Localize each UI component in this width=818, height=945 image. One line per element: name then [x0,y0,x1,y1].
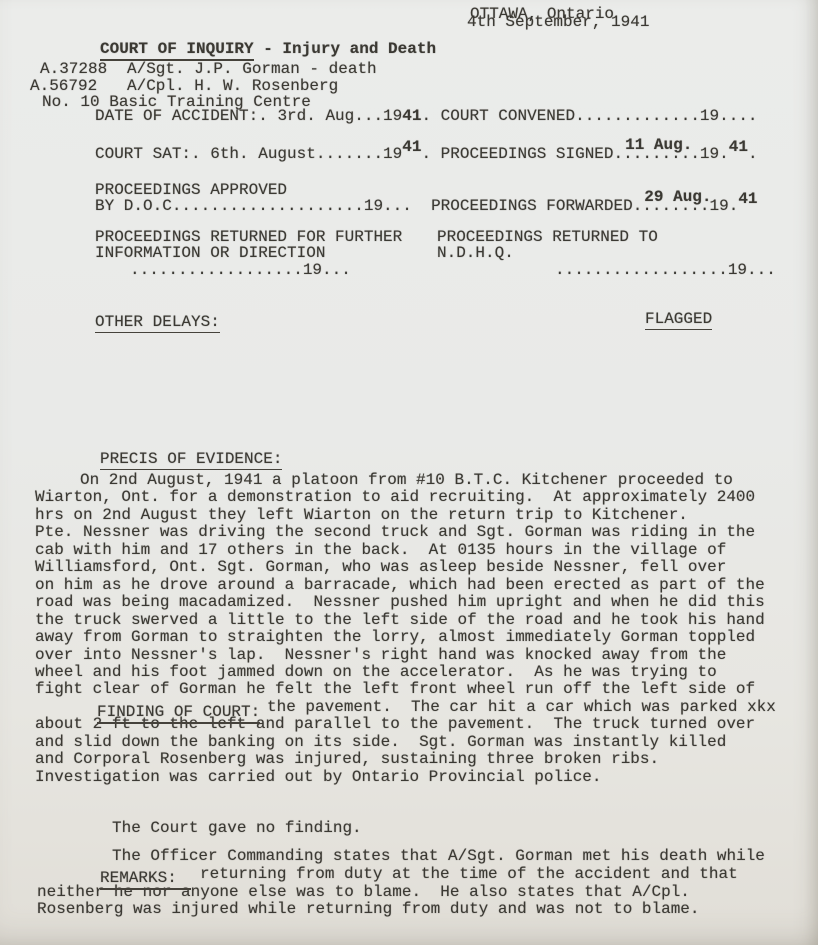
accident-label: DATE OF ACCIDENT:. [95,107,277,125]
forwarded-date-value: 29 Aug. [644,188,711,207]
precis-heading: PRECIS OF EVIDENCE: [100,450,282,469]
form-row-approved: BY D.O.C....................19... PROCEE… [95,197,758,216]
text-line: The Officer Commanding states that A/Sgt… [112,848,765,866]
accident-date-value: 3rd. Aug [277,107,354,125]
inquiry-title-row: COURT OF INQUIRY - Injury and Death [100,40,436,59]
approved-by-doc-label: BY D.O.C....................19... [95,197,431,215]
court-finding-block: The Court gave no finding. [37,820,362,838]
text-line: road was being macadamized. Nessner push… [35,594,776,611]
accident-dots: ...19 [354,107,402,125]
accident-year-value: 41 [402,107,421,125]
remarks-heading: REMARKS: [100,869,191,890]
text-line: The Court gave no finding. [112,820,362,838]
text-line: Rosenberg was injured while returning fr… [37,901,765,919]
text-line: cab with him and 17 others in the back. … [35,542,776,559]
court-sat-date-value: 6th. August [210,145,316,163]
text-line: returning from duty at the time of the a… [200,866,765,884]
signed-label: . PROCEEDINGS SIGNED. [421,145,623,163]
form-row-accident: DATE OF ACCIDENT:. 3rd. Aug...1941. COUR… [95,107,758,126]
signed-date-group: .......11 Aug. [623,145,690,164]
inquiry-title-suffix: - Injury and Death [254,40,436,58]
forwarded-label: PROCEEDINGS FORWARDED. [431,197,642,215]
signed-end-dot: . [748,145,758,163]
signed-mid-dots: .19. [690,145,728,163]
text-line: and Corporal Rosenberg was injured, sust… [35,751,776,768]
court-sat-label: COURT SAT:. [95,145,210,163]
text-line: the pavement. The car hit a car which wa… [267,699,776,716]
forwarded-date-group: .......29 Aug. [642,197,709,216]
text-line: the truck swerved a little to the left s… [35,612,776,629]
text-line: over into Nessner's lap. Nessner's right… [35,647,776,664]
returned-right-line2: N.D.H.Q. [437,244,514,263]
signed-date-value: 11 Aug. [625,136,692,155]
text-line: fight clear of Gorman he felt the left f… [35,681,776,698]
court-sat-year-value: 41 [402,138,421,156]
text-line: Wiarton, Ont. for a demonstration to aid… [35,489,776,506]
signed-year-value: 41 [729,138,748,156]
form-row-court-sat: COURT SAT:. 6th. August.......1941. PROC… [95,145,758,164]
text-line: On 2nd August, 1941 a platoon from #10 B… [80,472,776,489]
evidence-paragraph: On 2nd August, 1941 a platoon from #10 B… [35,472,776,786]
returned-right-dots: ..................19... [555,261,776,280]
text-line: wheel and his foot jammed down on the ac… [35,664,776,681]
forwarded-mid: 19. [710,197,739,215]
convened-label: . COURT CONVENED.............19.... [421,107,757,125]
text-line: away from Gorman to straighten the lorry… [35,629,776,646]
text-line: and slid down the banking on its side. S… [35,734,776,751]
document-page: OTTAWA, Ontario 4th September, 1941 COUR… [0,0,818,945]
text-line: Investigation was carried out by Ontario… [35,769,776,786]
inquiry-title: COURT OF INQUIRY [100,40,254,61]
text-line: on him as he drove around a barracade, w… [35,577,776,594]
court-sat-dots: .......19 [316,145,402,163]
text-line: Pte. Nessner was driving the second truc… [35,524,776,541]
forwarded-year-value: 41 [738,190,757,208]
flagged-heading: FLAGGED [645,310,712,329]
other-delays-heading: OTHER DELAYS: [95,313,220,332]
date-line: 4th September, 1941 [467,13,649,32]
text-line: hrs on 2nd August they left Wiarton on t… [35,507,776,524]
text-line: Williamsford, Ont. Sgt. Gorman, who was … [35,559,776,576]
returned-left-dots: ..................19... [130,261,351,280]
finding-of-court-heading: FINDING OF COURT: [97,703,260,724]
